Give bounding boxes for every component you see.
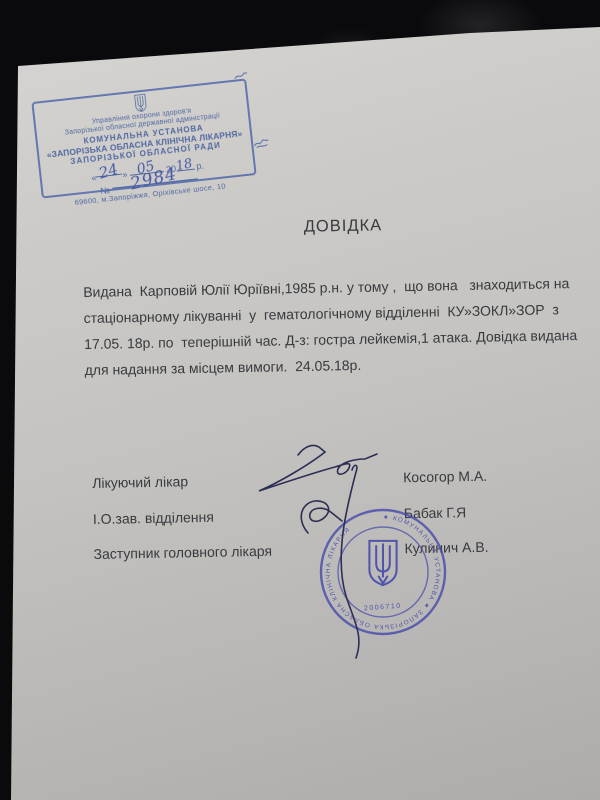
signature-stroke-head bbox=[301, 465, 359, 658]
handwritten-signatures bbox=[228, 420, 468, 670]
signature-role: Лікуючий лікар bbox=[92, 473, 188, 491]
ink-scribble-icon bbox=[233, 70, 248, 81]
stamp-number-label: № bbox=[100, 185, 111, 196]
ink-scribble-icon bbox=[253, 136, 270, 150]
signature-stroke-doctor bbox=[259, 445, 377, 491]
photo-of-document: Управління охорони здоров'я Запорізької … bbox=[0, 0, 600, 800]
signature-role: І.О.зав. відділення bbox=[93, 509, 214, 527]
document-body: Видана Карповій Юлії Юріївні,1985 р.н. у… bbox=[83, 270, 578, 383]
